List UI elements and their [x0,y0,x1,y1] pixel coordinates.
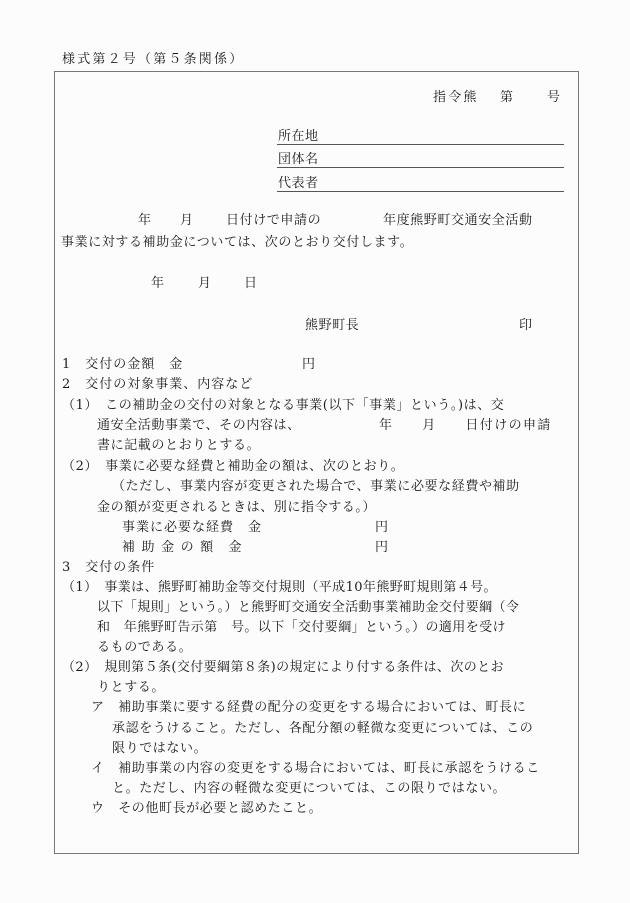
section-2-heading: 2 交付の対象事業、内容など [62,377,253,393]
intro-year: 年 [138,213,153,229]
condition-u: ウ その他町長が必要と認めたこと。 [91,801,322,817]
intro-month: 月 [180,213,195,229]
section-3-heading: 3 交付の条件 [62,560,155,576]
issue-year: 年 [151,276,166,292]
grant-yen: 円 [375,540,390,556]
grant-amount-yen: 円 [302,357,317,373]
text-line: 通安全活動事業で、その内容は、 [97,418,301,434]
directive-go: 号 [547,90,562,106]
issue-month: 月 [198,276,213,292]
cost-label: 事業に必要な経費 金 [122,520,262,536]
text-line: 以下「規則」という。）と熊野町交通安全活動事業補助金交付要綱（令 [97,600,519,616]
text-line: 年 月 日付けの申請 [379,418,552,434]
intro-text: 日付けで申請の [226,213,321,229]
representative-label: 代表者 [278,176,319,192]
text-line: 金の額が変更されるときは、別に指令する。） [97,500,376,516]
representative-field[interactable] [277,191,564,192]
cost-yen: 円 [375,520,390,536]
text-line: りとする。 [97,680,165,696]
condition-a: ア 補助事業に要する経費の配分の変更をする場合においては、町長に [91,700,526,716]
text-line: と。ただし、内容の軽微な変更については、この限りではない。 [112,781,506,797]
form-header: 様式第２号（第５条関係） [62,52,244,68]
grant-label: 補 助 金 の 額 金 [122,540,243,556]
text-line: （2） 事業に必要な経費と補助金の額は、次のとおり。 [62,459,404,475]
seal-mark: 印 [519,318,534,334]
text-line: るものである。 [97,640,192,656]
directive-dai: 第 [500,90,515,106]
location-field[interactable] [277,144,564,145]
issuer-title: 熊野町長 [305,318,359,334]
text-line: 限りではない。 [112,741,207,757]
condition-i: イ 補助事業の内容の変更をする場合においては、町長に承認をうけるこ [91,761,540,777]
text-line: （1） この補助金の交付の対象となる事業(以下「事業」という。)は、交 [62,398,504,414]
organization-label: 団体名 [278,152,319,168]
location-label: 所在地 [278,129,319,145]
text-line: 和 年熊野町告示第 号。以下「交付要綱」という。）の適用を受け [97,620,506,636]
intro-line2: 事業に対する補助金については、次のとおり交付します。 [61,235,413,251]
organization-field[interactable] [277,167,564,168]
directive-prefix: 指令熊 [433,90,479,106]
text-line: （2） 規則第５条(交付要綱第８条)の規定により付する条件は、次のとお [62,660,504,676]
issue-day: 日 [244,276,259,292]
intro-tail: 年度熊野町交通安全活動 [383,213,533,229]
text-line: （1） 事業は、熊野町補助金等交付規則（平成10年熊野町規則第４号。 [62,580,497,596]
grant-amount-label: 1 交付の金額 金 [62,357,183,373]
text-line: （ただし、事業内容が変更された場合で、事業に必要な経費や補助 [112,479,520,495]
text-line: 承認をうけること。ただし、各配分額の軽微な変更については、この [112,721,533,737]
text-line: 書に記載のとおりとする。 [97,438,260,454]
